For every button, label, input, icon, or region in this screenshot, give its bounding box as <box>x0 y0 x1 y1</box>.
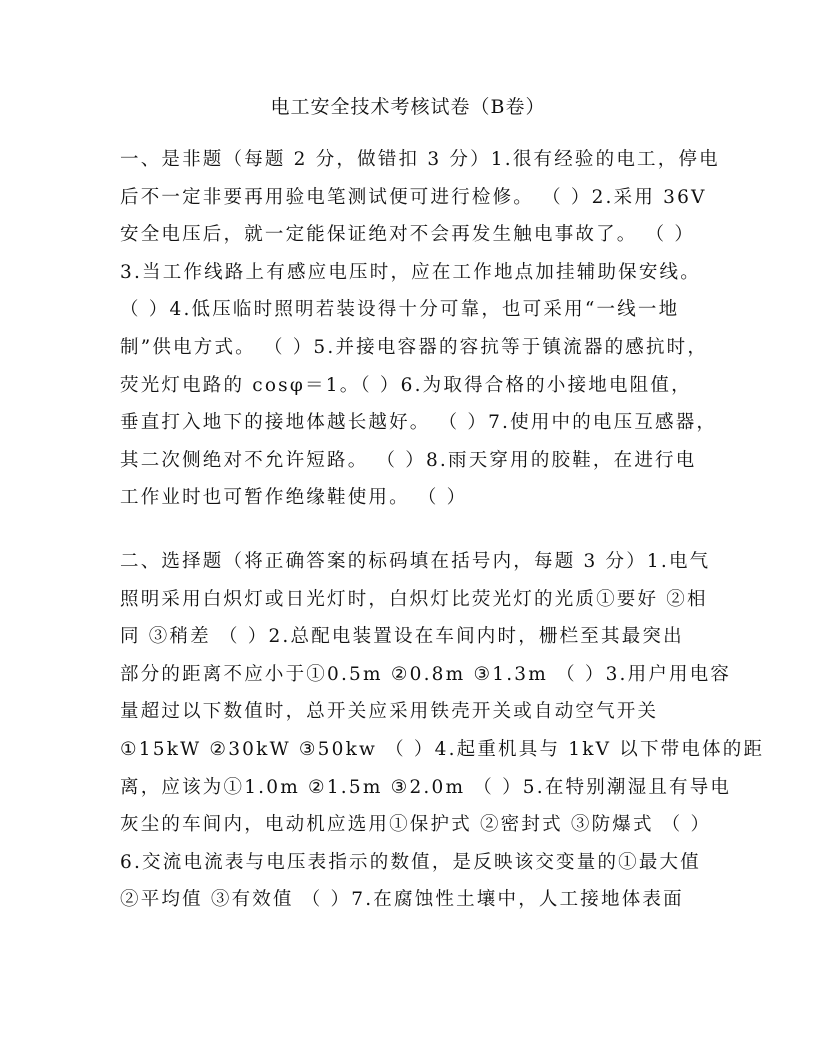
text-line: 照明采用白炽灯或日光灯时，白炽灯比荧光灯的光质①要好 ②相 <box>120 585 710 623</box>
document-page: 电工安全技术考核试卷（B卷） 一、是非题（每题 2 分，做错扣 3 分）1.很有… <box>0 0 816 1056</box>
text-line: 3.当工作线路上有感应电压时，应在工作地点加挂辅助保安线。 <box>120 258 710 296</box>
text-line: 垂直打入地下的接地体越长越好。 （ ）7.使用中的电压互感器， <box>120 408 710 446</box>
text-line: ①15kW ②30kW ③50kw （ ）4.起重机具与 1kV 以下带电体的距 <box>120 735 710 773</box>
text-line: 部分的距离不应小于①0.5m ②0.8m ③1.3m （ ）3.用户用电容 <box>120 660 710 698</box>
text-line: （ ）4.低压临时照明若装设得十分可靠，也可采用“一线一地 <box>120 295 710 333</box>
text-line: ②平均值 ③有效值 （ ）7.在腐蚀性土壤中，人工接地体表面 <box>120 885 710 923</box>
text-line: 同 ③稍差 （ ）2.总配电装置设在车间内时，栅栏至其最突出 <box>120 622 710 660</box>
text-line: 6.交流电流表与电压表指示的数值，是反映该交变量的①最大值 <box>120 848 710 886</box>
text-line: 离，应该为①1.0m ②1.5m ③2.0m （ ）5.在特别潮湿且有导电 <box>120 773 710 811</box>
text-line: 安全电压后，就一定能保证绝对不会再发生触电事故了。 （ ） <box>120 220 710 258</box>
text-line: 工作业时也可暂作绝缘鞋使用。 （ ） <box>120 483 710 521</box>
text-line: 制”供电方式。 （ ）5.并接电容器的容抗等于镇流器的感抗时， <box>120 333 710 371</box>
text-line: 灰尘的车间内，电动机应选用①保护式 ②密封式 ③防爆式 （ ） <box>120 810 710 848</box>
text-line: 二、选择题（将正确答案的标码填在括号内，每题 3 分）1.电气 <box>120 547 710 585</box>
section-true-false: 一、是非题（每题 2 分，做错扣 3 分）1.很有经验的电工，停电 后不一定非要… <box>120 145 710 521</box>
text-line: 其二次侧绝对不允许短路。 （ ）8.雨天穿用的胶鞋，在进行电 <box>120 446 710 484</box>
section-multiple-choice: 二、选择题（将正确答案的标码填在括号内，每题 3 分）1.电气 照明采用白炽灯或… <box>120 547 710 923</box>
text-line: 后不一定非要再用验电笔测试便可进行检修。 （ ）2.采用 36V <box>120 183 710 221</box>
text-line: 量超过以下数值时，总开关应采用铁壳开关或自动空气开关 <box>120 697 710 735</box>
document-title: 电工安全技术考核试卷（B卷） <box>0 93 816 121</box>
text-line: 一、是非题（每题 2 分，做错扣 3 分）1.很有经验的电工，停电 <box>120 145 710 183</box>
text-line: 荧光灯电路的 cosφ＝1。（ ）6.为取得合格的小接地电阻值， <box>120 371 710 409</box>
